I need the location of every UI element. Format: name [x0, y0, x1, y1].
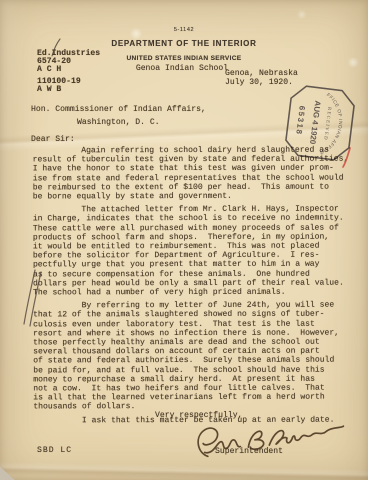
paragraph-3: By referring to my letter of June 24th, … [33, 301, 349, 412]
paragraph-2: The attached letter from Mr. Clark H. Ha… [33, 205, 349, 298]
file-notation-block-1: Ed.Industries 6574-20 A C H [37, 50, 100, 74]
stamp-received-text: RECEIVED [322, 107, 331, 141]
margin-emphasis-lines [20, 268, 44, 328]
date-line: July 30, 1920. [225, 78, 298, 87]
received-stamp: OFFICE OF INDIAN AFFAIRS RECEIVED AUG 4 … [282, 82, 359, 164]
file-notation-block-2: 110100-19 A W B [37, 78, 81, 94]
letter-body: Again referring to school dairy herd sla… [33, 146, 349, 430]
closing-title: Superintendent [215, 447, 283, 456]
place-date-block: Genoa, Nebraska July 30, 1920. [225, 69, 298, 87]
pen-checkmark [50, 38, 62, 58]
form-number: 5-1142 [0, 27, 368, 33]
closing-respectfully: Very respectfully, [155, 411, 242, 420]
salutation: Dear Sir: [31, 135, 75, 144]
stamp-number: 65318 [294, 105, 307, 136]
stamp-date: AUG 4 1920 [308, 100, 322, 145]
place-line: Genoa, Nebraska [225, 69, 298, 78]
letter-page: 5-1142 DEPARTMENT OF THE INTERIOR UNITED… [0, 0, 368, 480]
recipient-line-1: Hon. Commissioner of Indian Affairs, [31, 105, 206, 114]
recipient-line-2: Washington, D. C. [77, 118, 160, 127]
typist-initials: SBD LC [37, 446, 72, 455]
